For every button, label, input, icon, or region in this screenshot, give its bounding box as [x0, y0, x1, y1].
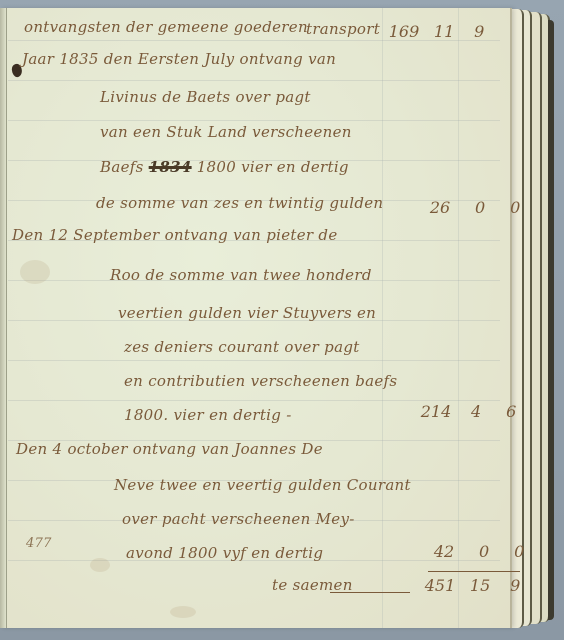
sum-rule — [428, 571, 520, 572]
ruled-line — [8, 400, 500, 401]
entry-amount: 214 4 6 — [416, 402, 526, 421]
entry-line: zes deniers courant over pagt — [124, 338, 360, 356]
column-rule — [458, 8, 459, 628]
amount-stuivers: 15 — [465, 576, 495, 595]
transport-amount: 169 11 9 — [384, 22, 494, 41]
column-rule — [382, 8, 383, 628]
entry-line: avond 1800 vyf en dertig — [126, 544, 323, 562]
entry-line: Jaar 1835 den Eersten July ontvang van — [22, 50, 336, 68]
entry-line: 1800. vier en dertig - — [124, 406, 292, 424]
amount-stuivers: 4 — [461, 402, 491, 421]
paper-stain — [20, 260, 50, 284]
amount-guilders: 169 — [384, 22, 424, 41]
ruled-line — [8, 360, 500, 361]
paper-stain — [90, 558, 110, 572]
amount-deniers: 0 — [504, 542, 534, 561]
amount-deniers: 0 — [500, 198, 530, 217]
entry-line: en contributien verscheenen baefs — [124, 372, 397, 390]
ledger-page: ontvangsten der gemeene goederen transpo… — [0, 8, 511, 628]
amount-guilders: 42 — [424, 542, 464, 561]
amount-stuivers: 0 — [465, 198, 495, 217]
amount-deniers: 6 — [496, 402, 526, 421]
amount-stuivers: 11 — [429, 22, 459, 41]
entry-line: Baefs 1834 1800 vier en dertig — [100, 158, 349, 176]
transport-label: transport — [306, 20, 380, 38]
paper-stain — [170, 606, 196, 618]
margin-note: 477 — [26, 536, 52, 551]
total-dash — [330, 592, 410, 593]
amount-guilders: 26 — [420, 198, 460, 217]
entry-line: van een Stuk Land verscheenen — [100, 123, 352, 141]
entry-amount: 26 0 0 — [420, 198, 530, 217]
entry-line: Den 12 September ontvang van pieter de — [12, 226, 338, 244]
entry-line: Neve twee en veertig gulden Courant — [114, 476, 411, 494]
amount-guilders: 214 — [416, 402, 456, 421]
page-gutter — [0, 8, 7, 628]
amount-deniers: 9 — [464, 22, 494, 41]
total-amount: 451 15 9 — [420, 576, 530, 595]
book-cover-edge — [548, 20, 554, 620]
entry-word: Baefs — [100, 158, 144, 176]
entry-line: Livinus de Baets over pagt — [100, 88, 311, 106]
entry-line: veertien gulden vier Stuyvers en — [118, 304, 376, 322]
struck-year: 1834 — [149, 158, 192, 176]
amount-stuivers: 0 — [469, 542, 499, 561]
entry-line: Den 4 october ontvang van Joannes De — [16, 440, 323, 458]
entry-word: 1800 vier en dertig — [197, 158, 349, 176]
ruled-line — [8, 120, 500, 121]
ruled-line — [8, 80, 500, 81]
header-text: ontvangsten der gemeene goederen — [24, 18, 308, 36]
entry-line: de somme van zes en twintig gulden — [96, 194, 383, 212]
entry-line: Roo de somme van twee honderd — [110, 266, 372, 284]
amount-guilders: 451 — [420, 576, 460, 595]
entry-line: over pacht verscheenen Mey- — [122, 510, 355, 528]
amount-deniers: 9 — [500, 576, 530, 595]
entry-amount: 42 0 0 — [424, 542, 534, 561]
